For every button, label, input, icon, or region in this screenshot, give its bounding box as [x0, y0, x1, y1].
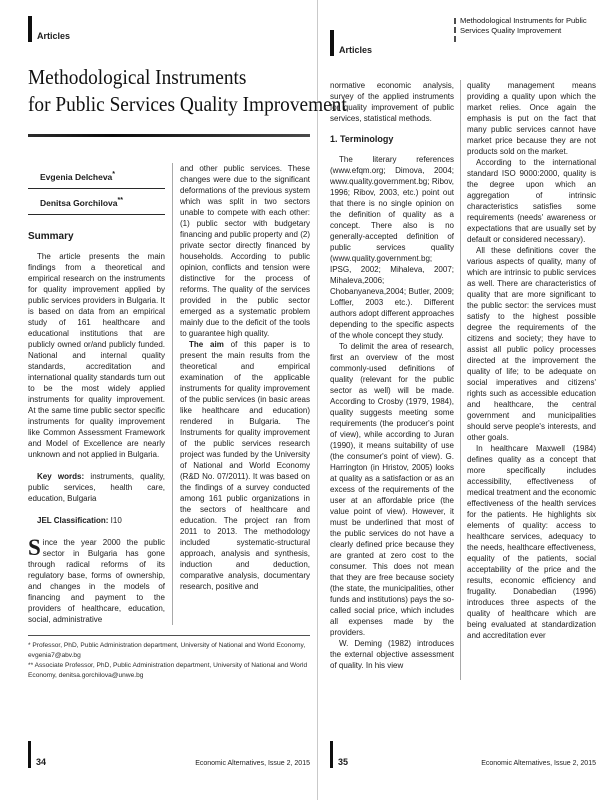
running-head-text: Methodological Instruments for Public Se… — [460, 16, 587, 42]
section-label: Articles — [339, 45, 372, 56]
page-right: Articles Methodological Instruments for … — [330, 16, 596, 680]
keywords-label: Key words: — [37, 472, 84, 481]
keywords-paragraph: Key words: instruments, quality, public … — [28, 471, 165, 504]
jel-value: I10 — [108, 516, 121, 525]
section-label-block: Articles — [28, 16, 310, 42]
title-rule — [28, 134, 310, 137]
article-title-line2: for Public Services Quality Improvement — [28, 91, 287, 118]
section-label-block: Articles — [330, 30, 372, 56]
running-head-line1: Methodological Instruments for Public — [460, 16, 587, 26]
summary-heading: Summary — [28, 231, 165, 242]
jel-label: JEL Classification: — [37, 516, 108, 525]
page-left: Articles Methodological Instruments for … — [28, 16, 310, 680]
footnote-rule — [28, 635, 310, 636]
author-2: Denitsa Gorchilova** — [28, 189, 165, 215]
right-page-column-2: quality management means providing a qua… — [461, 80, 596, 680]
right-page-footer: 35 Economic Alternatives, Issue 2, 2015 — [330, 741, 596, 768]
page-gutter-divider — [317, 0, 318, 800]
footnotes: * Professor, PhD, Public Administration … — [28, 641, 310, 680]
author-2-name: Denitsa Gorchilova — [40, 198, 117, 208]
body-paragraph: The literary references (www.efqm.org; D… — [330, 154, 454, 341]
article-title-line1: Methodological Instruments — [28, 64, 287, 91]
page-number-bar — [330, 741, 333, 768]
author-1-marker: * — [112, 170, 115, 178]
section-label: Articles — [37, 31, 70, 42]
footnote-2: ** Associate Professor, PhD, Public Admi… — [28, 661, 310, 680]
left-page-columns: Evgenia Delcheva* Denitsa Gorchilova** S… — [28, 163, 310, 625]
body-paragraph: All these definitions cover the various … — [467, 245, 596, 443]
page-number: 34 — [36, 757, 46, 768]
body-paragraph: To delimit the area of research, first a… — [330, 341, 454, 638]
journal-spread: { "journal": { "footer_text": "Economic … — [0, 0, 600, 800]
right-page-column-1: normative economic analysis, survey of t… — [330, 80, 461, 680]
body-paragraph: According to the international standard … — [467, 157, 596, 245]
jel-paragraph: JEL Classification: I10 — [28, 515, 165, 526]
intro-text: ince the year 2000 the public sector in … — [28, 538, 165, 624]
summary-paragraph: The article presents the main findings f… — [28, 251, 165, 460]
journal-footer-text: Economic Alternatives, Issue 2, 2015 — [195, 760, 310, 768]
journal-footer-text: Economic Alternatives, Issue 2, 2015 — [481, 760, 596, 768]
left-page-footer: 34 Economic Alternatives, Issue 2, 2015 — [28, 741, 310, 768]
right-page-header: Articles Methodological Instruments for … — [330, 16, 596, 56]
terminology-heading: 1. Terminology — [330, 134, 454, 145]
page-number: 35 — [338, 757, 348, 768]
right-page-number-block: 35 — [330, 741, 348, 768]
section-label-bar — [28, 16, 32, 42]
aim-rest: of this paper is to present the main res… — [180, 340, 310, 591]
running-head-line2: Services Quality Improvement — [460, 26, 587, 36]
running-head-bar — [454, 18, 456, 42]
footnote-1: * Professor, PhD, Public Administration … — [28, 641, 310, 660]
running-head: Methodological Instruments for Public Se… — [454, 16, 596, 42]
intro-paragraph: Since the year 2000 the public sector in… — [28, 537, 165, 625]
dropcap-letter: S — [28, 537, 43, 557]
body-paragraph: normative economic analysis, survey of t… — [330, 80, 454, 124]
right-page-columns: normative economic analysis, survey of t… — [330, 80, 596, 680]
left-page-column-1: Evgenia Delcheva* Denitsa Gorchilova** S… — [28, 163, 173, 625]
body-paragraph: and other public services. These changes… — [180, 163, 310, 339]
author-1-name: Evgenia Delcheva — [40, 172, 112, 182]
body-paragraph: quality management means providing a qua… — [467, 80, 596, 157]
article-title: Methodological Instruments for Public Se… — [28, 64, 310, 118]
left-page-number-block: 34 — [28, 741, 46, 768]
body-paragraph: In healthcare Maxwell (1984) defines qua… — [467, 443, 596, 641]
section-label-bar — [330, 30, 334, 56]
page-number-bar — [28, 741, 31, 768]
body-paragraph: W. Deming (1982) introduces the external… — [330, 638, 454, 671]
aim-paragraph: The aim of this paper is to present the … — [180, 339, 310, 592]
author-1: Evgenia Delcheva* — [28, 163, 165, 189]
left-page-column-2: and other public services. These changes… — [173, 163, 310, 625]
aim-lead: The aim — [189, 340, 224, 349]
author-2-marker: ** — [117, 196, 123, 204]
